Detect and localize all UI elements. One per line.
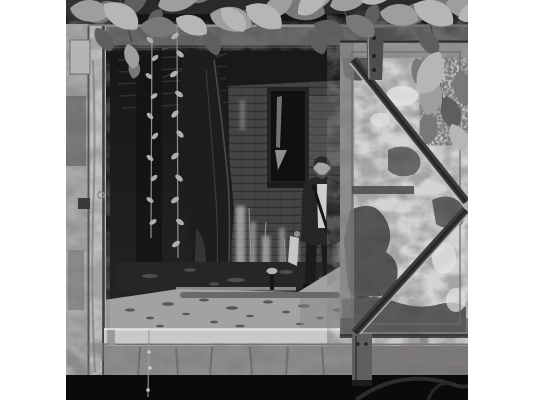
post-rust-patch-2	[68, 250, 84, 310]
page-background: A bearded man in a dark open jacket over…	[0, 0, 533, 400]
door-roller-bracket	[352, 334, 372, 386]
post-corner-bracket	[70, 40, 90, 74]
photo-canvas	[0, 0, 533, 400]
photograph: A bearded man in a dark open jacket over…	[0, 0, 533, 400]
sliding-door	[340, 28, 468, 386]
edge-bracket-tab	[107, 330, 115, 345]
window	[267, 89, 309, 188]
window-glass	[269, 89, 307, 183]
post-latch	[78, 198, 90, 209]
window-sill	[267, 182, 309, 188]
left-door-post	[66, 24, 106, 378]
door-mid-rail	[352, 186, 414, 194]
floor-back-debris	[180, 292, 340, 298]
fascia-right-dark	[358, 346, 468, 376]
post-rust-patch	[66, 96, 86, 166]
man-hand	[294, 231, 300, 237]
